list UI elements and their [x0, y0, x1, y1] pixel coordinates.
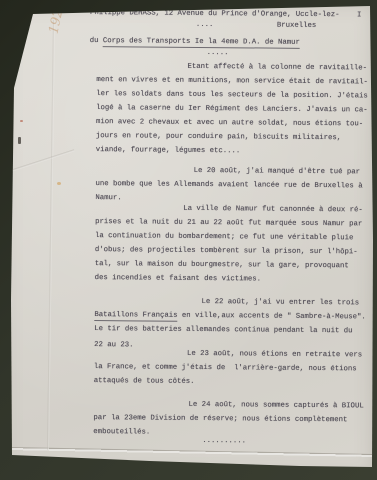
text-line: viande, fourrage, légumes etc.... — [96, 146, 241, 156]
text-line: Namur. — [95, 194, 121, 203]
text-line: Le 22 août, j'ai vu entrer les trois — [201, 298, 359, 308]
text-line: logé à la caserne du Ier Régiment des La… — [96, 104, 368, 115]
text-line: .......... — [202, 437, 246, 446]
text-line: du Corps des Transports Ie la 4eme D.A. … — [90, 37, 300, 48]
text-line: Bruxelles — [277, 22, 316, 31]
text-line: jours en route, pour conduire pain, bisc… — [96, 132, 341, 143]
text-line: Etant affecté à la colonne de ravitaille… — [187, 63, 367, 74]
text-line: la continuation du bombardement; ce fut … — [95, 232, 353, 243]
typewritten-text-layer: Philippe DEHASS, 12 Avenue du Prince d'O… — [0, 0, 377, 480]
text-line: d'obus; des projectiles tombèrent sur la… — [95, 246, 358, 257]
text-line: attaqués de tous côtés. — [94, 377, 195, 387]
text-line: mion avec 2 chevaux et avec un autre sol… — [96, 118, 363, 129]
photographed-desk-background: { "page": { "background_color": "#31352a… — [0, 0, 377, 480]
text-line: ler les soldats dans tous les secteurs d… — [96, 90, 368, 101]
text-line: La ville de Namur fut canonnée à deux ré… — [183, 205, 363, 216]
text-line: 22 au 23. — [94, 341, 133, 350]
underlined-text: Bataillons Français — [94, 311, 177, 321]
text-line: embouteillés. — [93, 428, 150, 437]
text-line: ..... — [207, 49, 229, 58]
text-line: Bataillons Français en ville,aux accents… — [94, 311, 366, 322]
text-line: .... — [196, 21, 214, 30]
text-line: Le 24 août, nous sommes capturés à BIOUL — [189, 401, 364, 412]
text-line: une bombe que les Allemands avaient lanc… — [95, 180, 362, 191]
text-line: Le 20 août, j'ai manqué d'être tué par — [194, 167, 360, 177]
text-line: la France, et comme j'étais de l'arrière… — [94, 363, 357, 374]
text-line: I — [357, 11, 361, 20]
text-line: des incendies et faisant des victimes. — [95, 274, 261, 284]
underlined-text: Corps des Transports Ie la 4eme D.A. de … — [103, 37, 300, 48]
text-line: ment en vivres et en munitions, mon serv… — [96, 76, 368, 87]
text-line: Le 23 août, nous étions en retraite vers — [187, 350, 362, 361]
text-line: Philippe DEHASS, 12 Avenue du Prince d'O… — [90, 9, 340, 20]
text-line: par la 23eme Division de réserve; nous é… — [93, 414, 347, 425]
text-line: Le tir des batteries allemandes continua… — [94, 325, 352, 336]
text-line: prises et la nuit du 21 au 22 août fut m… — [95, 218, 362, 229]
text-line: tal, sur la maison du bourgmestre, sur l… — [95, 260, 349, 271]
paper-sheet: 192 Philippe DEHASS, 12 Avenue du Prince… — [0, 0, 377, 480]
